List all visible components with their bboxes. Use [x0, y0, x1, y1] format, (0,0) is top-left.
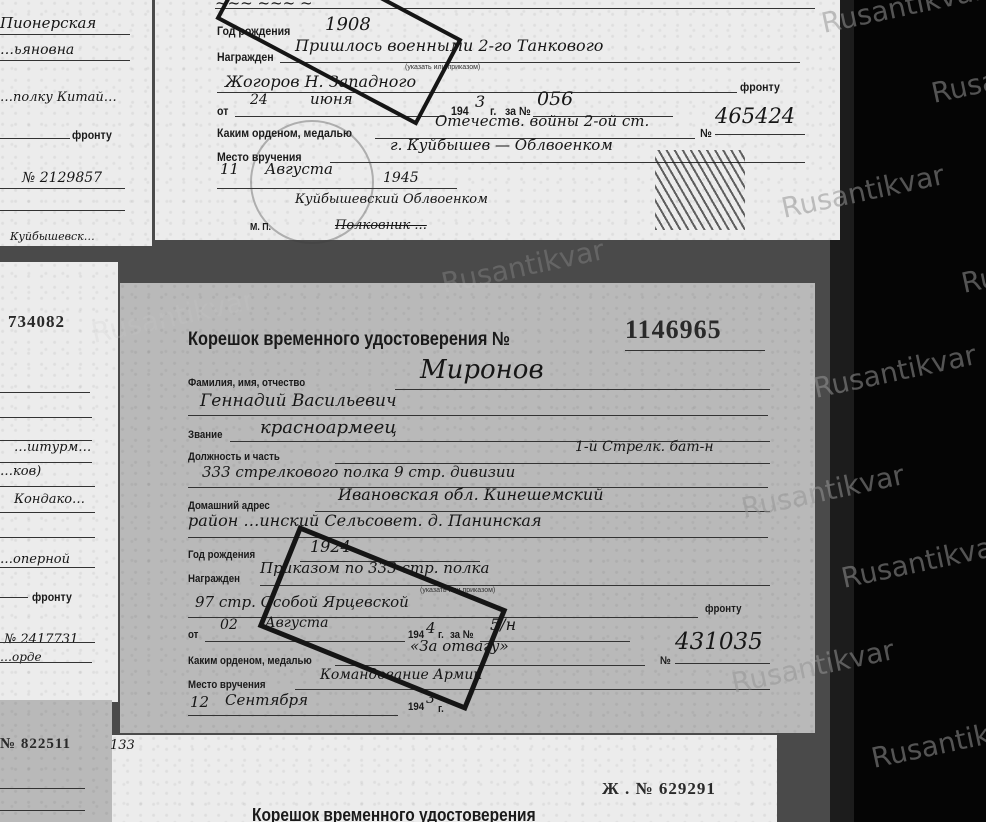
signature-scribble [655, 150, 745, 230]
main-date-month: Сентября [225, 691, 308, 709]
top-medal-number: 465424 [715, 104, 795, 128]
main-medal-number: 431035 [675, 629, 763, 655]
left-top-line3: …полку Китай… [0, 90, 117, 105]
left-mid-serial: 734082 [8, 312, 65, 332]
position-line1: 1-й Стрелк. бат-н [575, 439, 714, 455]
watermark: Rusantikvar [928, 43, 986, 110]
main-year2-suffix: г. [438, 703, 444, 715]
left-grey-note: 133 [110, 738, 135, 753]
main-year2-prefix: 194 [408, 701, 424, 713]
left-top-number: № 2129857 [22, 170, 102, 186]
main-day-value: 02 [220, 617, 238, 633]
main-date-day: 12 [190, 693, 209, 711]
left-top-card: Пионерская …ьяновна …полку Китай… фронту… [0, 0, 152, 246]
left-bottom-number: № 2417731 [4, 632, 78, 647]
top-awarded-label: Награжден [217, 50, 274, 64]
top-year-digit: 3 [475, 92, 485, 111]
name-patronymic-value: Геннадий Васильевич [200, 391, 397, 411]
full-name-label: Фамилия, имя, отчество [188, 377, 305, 389]
left-mid-line1: …штурм… [14, 440, 91, 455]
left-top-bottom: Куйбышевск… [10, 230, 95, 243]
watermark: Rusantikvar [868, 708, 986, 775]
main-awarded-label: Награжден [188, 573, 240, 585]
main-card-serial: 1146965 [625, 315, 722, 345]
position-label: Должность и часть [188, 451, 280, 463]
left-bottom-front-label: фронту [32, 590, 72, 604]
watermark: Rusantikvar [838, 528, 986, 595]
main-from-label: от [188, 629, 198, 641]
top-certificate-card: ~~~ ~~~ ~ Год рождения 1908 Награжден Пр… [155, 0, 840, 240]
top-date-year: 1945 [383, 170, 419, 186]
left-top-front-label: фронту [72, 128, 112, 142]
main-card-title: Корешок временного удостоверения № [188, 329, 510, 351]
top-day-value: 24 [250, 92, 268, 108]
top-number-sign: № [700, 126, 712, 140]
address-line2: район …инский Сельсовет. д. Панинская [188, 511, 542, 530]
top-date-day: 11 [220, 160, 239, 178]
top-which-order-value: Отечеств. войны 2-ой ст. [435, 112, 649, 130]
top-round-seal [250, 120, 374, 244]
left-grey-serial: № 822511 [0, 736, 71, 753]
top-from-label: от [217, 104, 228, 118]
top-month-value: июня [310, 90, 353, 108]
main-number-sign: № [660, 655, 671, 667]
rank-value: красноармеец [260, 417, 397, 438]
main-certificate-card: Корешок временного удостоверения № 11469… [120, 283, 815, 733]
left-grey-card: № 822511 [0, 700, 112, 822]
top-front-label: фронту [740, 80, 780, 94]
left-mid-line3: Кондако… [14, 492, 85, 507]
address-line1: Ивановская обл. Кинешемский [338, 485, 604, 504]
main-place-label: Место вручения [188, 679, 265, 691]
left-mid-line2: …ков) [0, 464, 41, 479]
left-bottom-line1: …оперной [0, 552, 70, 567]
position-line2: 333 стрелкового полка 9 стр. дивизии [202, 463, 515, 481]
main-front-label: фронту [705, 603, 742, 615]
main-which-order-label: Каким орденом, медалью [188, 655, 312, 667]
top-order-no-value: 056 [537, 88, 573, 110]
bottom-card-serial: Ж . № 629291 [602, 779, 716, 799]
main-birth-year-label: Год рождения [188, 549, 255, 561]
bottom-certificate-card: Ж . № 629291 Корешок временного удостове… [112, 735, 777, 822]
left-top-line1: Пионерская [0, 14, 96, 32]
top-place-value: г. Куйбышев — Облвоенком [390, 136, 613, 154]
main-ink-stamp [258, 525, 508, 711]
left-mid-card: 734082 …штурм… …ков) Кондако… …оперной ф… [0, 262, 118, 702]
surname-value: Миронов [420, 355, 544, 385]
bottom-card-title: Корешок временного удостоверения [252, 805, 536, 822]
rank-label: Звание [188, 429, 222, 441]
left-top-line2: …ьяновна [0, 42, 74, 58]
watermark: Rusantikvar [958, 233, 986, 300]
